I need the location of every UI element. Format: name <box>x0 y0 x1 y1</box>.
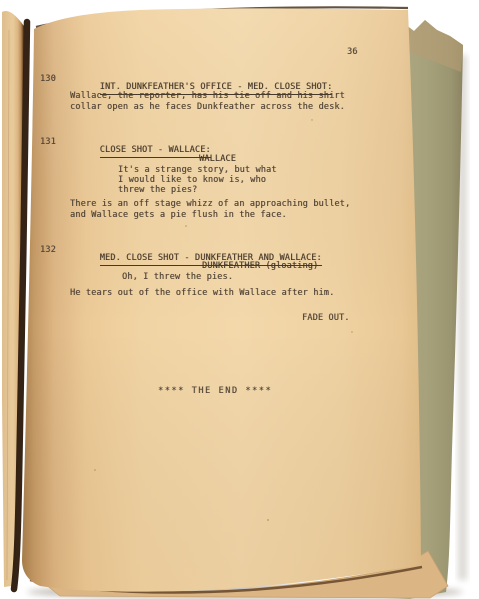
action-line: Wallace, the reporter, has his tie off a… <box>70 92 345 102</box>
scene-heading-131-text: CLOSE SHOT - WALLACE: <box>100 146 211 158</box>
transition-fade-out: FADE OUT. <box>302 314 350 324</box>
screenplay-photo: 36 130 INT. DUNKFEATHER'S OFFICE - MED. … <box>0 0 479 599</box>
dialogue-line: Oh, I threw the pies. <box>122 273 233 283</box>
scene-heading-131: CLOSE SHOT - WALLACE: <box>68 136 211 168</box>
scene-number-132: 132 <box>40 246 56 256</box>
end-mark: **** THE END **** <box>158 387 272 397</box>
page-number: 36 <box>347 48 358 58</box>
dialogue-line: threw the pies? <box>118 186 197 196</box>
script-page: 36 130 INT. DUNKFEATHER'S OFFICE - MED. … <box>0 0 479 599</box>
action-line: collar open as he faces Dunkfeather acro… <box>70 103 345 113</box>
action-line: He tears out of the office with Wallace … <box>70 289 334 299</box>
scene-number-131: 131 <box>40 138 56 148</box>
action-line: There is an off stage whizz of an approa… <box>70 200 350 210</box>
action-line: and Wallace gets a pie flush in the face… <box>70 211 287 221</box>
character-cue: DUNKFEATHER (gloating) <box>202 262 318 272</box>
scene-number-130: 130 <box>40 75 56 85</box>
character-cue: WALLACE <box>199 155 236 165</box>
